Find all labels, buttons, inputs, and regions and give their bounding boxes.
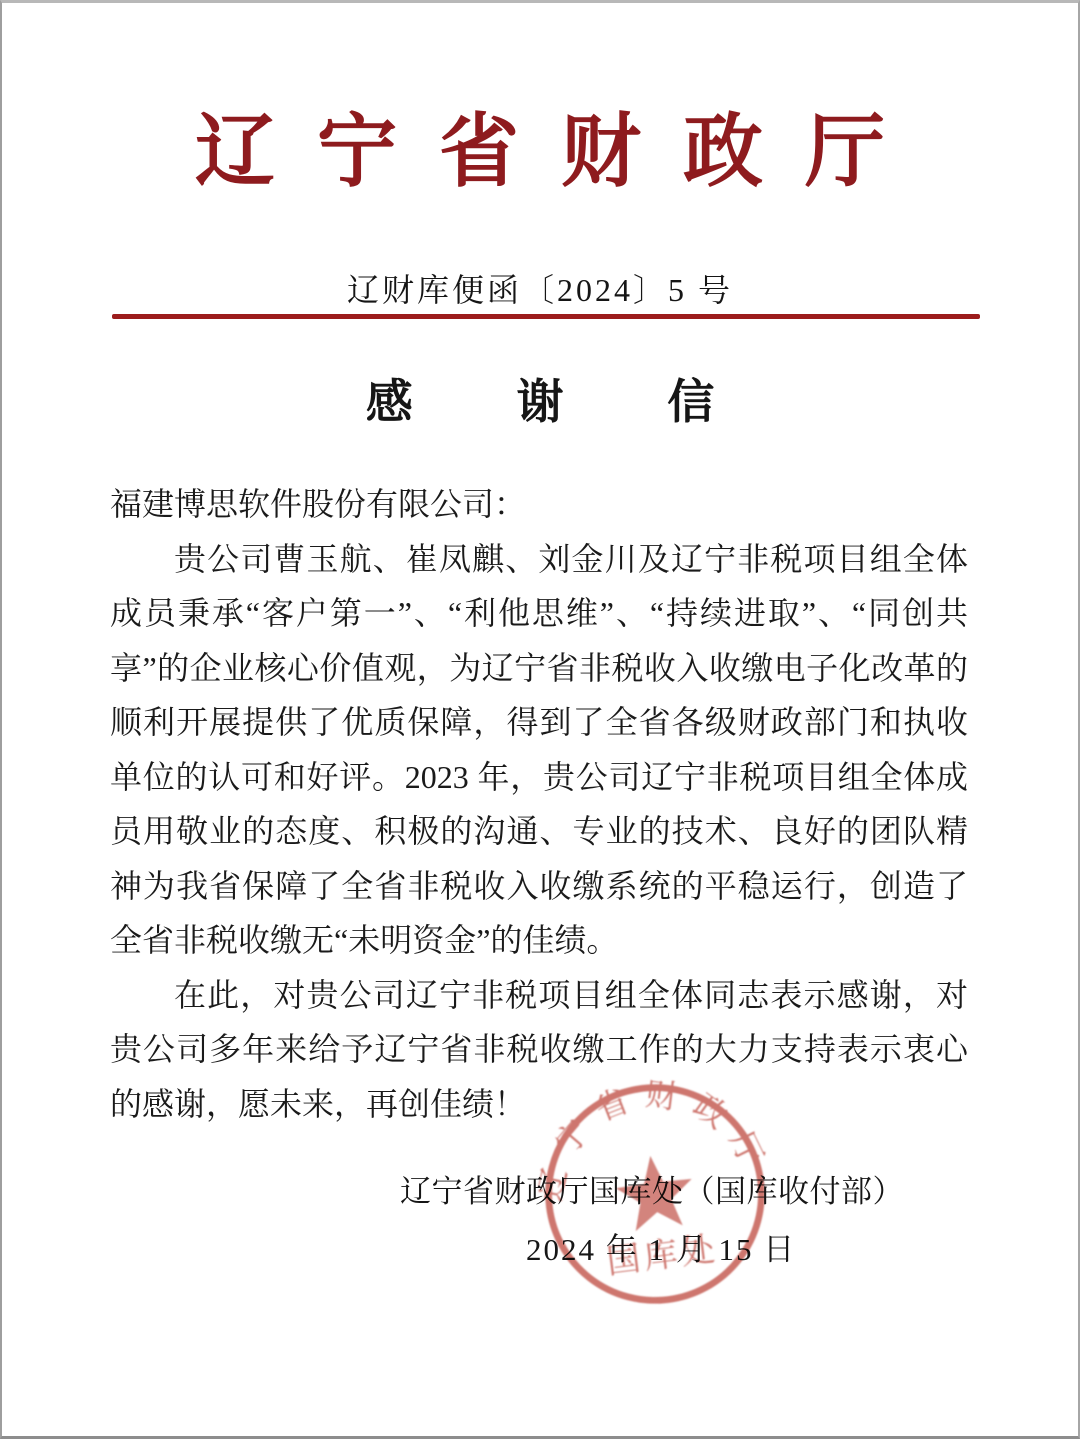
scanned-letter-page: 辽宁省财政厅 辽财库便函〔2024〕5 号 感 谢 信 福建博思软件股份有限公司…	[0, 0, 1080, 1439]
letter-body: 福建博思软件股份有限公司： 贵公司曹玉航、崔凤麒、刘金川及辽宁非税项目组全体成员…	[110, 477, 968, 1131]
signature-date: 2024 年 1 月 15 日	[526, 1224, 796, 1269]
letterhead-title: 辽宁省财政厅	[2, 87, 1078, 202]
body-paragraph: 贵公司曹玉航、崔凤麒、刘金川及辽宁非税项目组全体成员秉承“客户第一”、“利他思维…	[110, 532, 968, 968]
body-paragraph: 在此，对贵公司辽宁非税项目组全体同志表示感谢，对贵公司多年来给予辽宁省非税收缴工…	[110, 968, 968, 1132]
letter-title: 感 谢 信	[2, 365, 1078, 432]
signature-organization: 辽宁省财政厅国库处（国库收付部）	[400, 1166, 904, 1211]
paragraph-list: 贵公司曹玉航、崔凤麒、刘金川及辽宁非税项目组全体成员秉承“客户第一”、“利他思维…	[110, 532, 968, 1132]
salutation: 福建博思软件股份有限公司：	[110, 477, 968, 532]
document-number: 辽财库便函〔2024〕5 号	[2, 265, 1078, 311]
red-divider-line	[112, 314, 980, 319]
